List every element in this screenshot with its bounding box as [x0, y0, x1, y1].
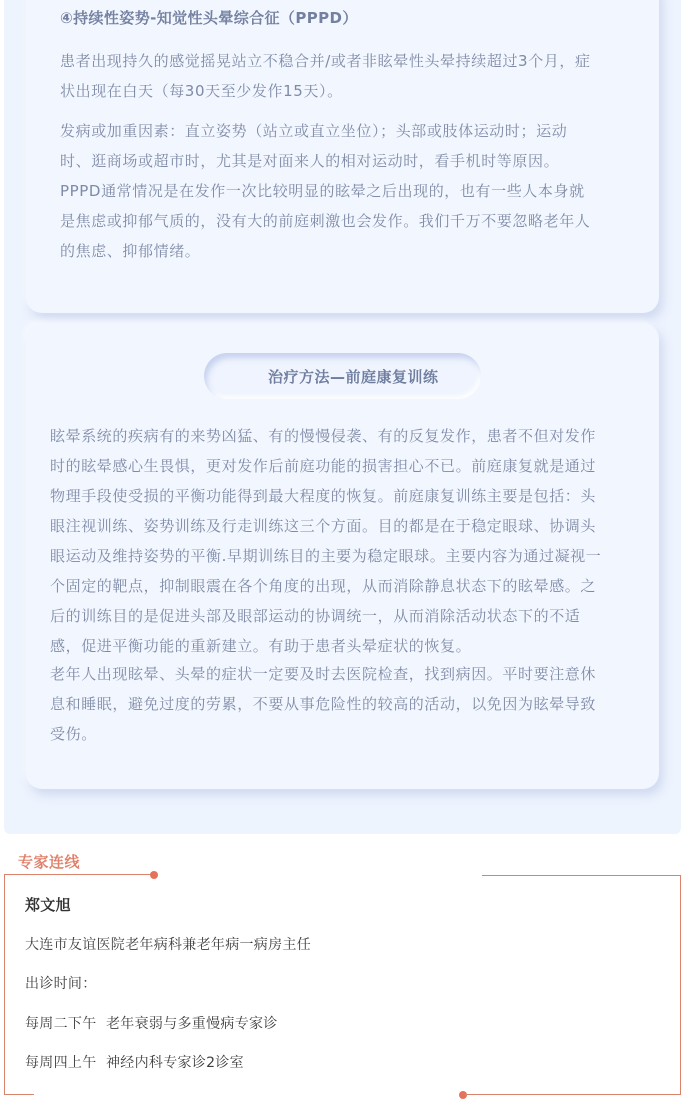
- text-line: 眼注视训练、姿势训练及行走训练这三个方面。目的都是在于稳定眼球、协调头: [50, 511, 601, 541]
- schedule-label: 出诊时间：: [25, 973, 97, 993]
- treatment-title-pill: 治疗方法—前庭康复训练: [204, 353, 481, 399]
- text-line: 老年人出现眩晕、头晕的症状一定要及时去医院检查，找到病因。平时要注意休: [50, 659, 596, 689]
- text-line: 发病或加重因素：直立姿势（站立或直立坐位）；头部或肢体运动时；运动: [60, 116, 590, 146]
- article-panel: ④持续性姿势-知觉性头晕综合征（PPPD） 患者出现持久的感觉摇晃站立不稳合并/…: [4, 0, 681, 834]
- frame-left-line: [4, 874, 5, 1095]
- frame-right-line: [680, 875, 681, 1095]
- text-line: 息和睡眠，避免过度的劳累，不要从事危险性的较高的活动，以免因为眩晕导致: [50, 689, 596, 719]
- pppd-paragraph-1: 患者出现持久的感觉摇晃站立不稳合并/或者非眩晕性头晕持续超过3个月，症 状出现在…: [60, 46, 591, 106]
- pppd-paragraph-2: 发病或加重因素：直立姿势（站立或直立坐位）；头部或肢体运动时；运动 时、逛商场或…: [60, 116, 590, 266]
- frame-top-right-line: [482, 875, 681, 876]
- expert-section-title: 专家连线: [18, 851, 80, 872]
- text-line: 个固定的靶点，抑制眼震在各个角度的出现，从而消除静息状态下的眩晕感。之: [50, 571, 601, 601]
- pppd-heading: ④持续性姿势-知觉性头晕综合征（PPPD）: [60, 7, 358, 28]
- frame-bottom-right-line: [465, 1094, 681, 1095]
- frame-bottom-left-line: [4, 1094, 34, 1095]
- frame-top-left-line: [4, 874, 154, 875]
- schedule-item: 每周二下午 老年衰弱与多重慢病专家诊: [25, 1013, 278, 1033]
- text-line: 眼运动及维持姿势的平衡.早期训练目的主要为稳定眼球。主要内容为通过凝视一: [50, 541, 601, 571]
- text-line: PPPD通常情况是在发作一次比较明显的眩晕之后出现的，也有一些人本身就: [60, 176, 590, 206]
- text-line: 是焦虑或抑郁气质的，没有大的前庭刺激也会发作。我们千万不要忽略老年人: [60, 206, 590, 236]
- text-line: 状出现在白天（每30天至少发作15天）。: [60, 76, 591, 106]
- pppd-card: ④持续性姿势-知觉性头晕综合征（PPPD） 患者出现持久的感觉摇晃站立不稳合并/…: [26, 0, 659, 313]
- treatment-card: 治疗方法—前庭康复训练 眩晕系统的疾病有的来势凶猛、有的慢慢侵袭、有的反复发作，…: [26, 323, 659, 789]
- text-line: 眩晕系统的疾病有的来势凶猛、有的慢慢侵袭、有的反复发作，患者不但对发作: [50, 421, 601, 451]
- frame-dot-top: [150, 871, 158, 879]
- text-line: 时的眩晕感心生畏惧，更对发作后前庭功能的损害担心不已。前庭康复就是通过: [50, 451, 601, 481]
- treatment-paragraph-1: 眩晕系统的疾病有的来势凶猛、有的慢慢侵袭、有的反复发作，患者不但对发作 时的眩晕…: [50, 421, 601, 661]
- text-line: 物理手段使受损的平衡功能得到最大程度的恢复。前庭康复训练主要是包括：头: [50, 481, 601, 511]
- text-line: 时、逛商场或超市时，尤其是对面来人的相对运动时，看手机时等原因。: [60, 146, 590, 176]
- text-line: 的焦虑、抑郁情绪。: [60, 236, 590, 266]
- expert-name: 郑文旭: [25, 894, 71, 915]
- treatment-paragraph-2: 老年人出现眩晕、头晕的症状一定要及时去医院检查，找到病因。平时要注意休 息和睡眠…: [50, 659, 596, 749]
- text-line: 后的训练目的是促进头部及眼部运动的协调统一，从而消除活动状态下的不适: [50, 601, 601, 631]
- schedule-item: 每周四上午 神经内科专家诊2诊室: [25, 1052, 244, 1072]
- treatment-title: 治疗方法—前庭康复训练: [268, 366, 439, 387]
- expert-position: 大连市友谊医院老年病科兼老年病一病房主任: [25, 934, 311, 954]
- text-line: 受伤。: [50, 719, 596, 749]
- text-line: 感，促进平衡功能的重新建立。有助于患者头晕症状的恢复。: [50, 631, 601, 661]
- frame-dot-bottom: [459, 1091, 467, 1099]
- text-line: 患者出现持久的感觉摇晃站立不稳合并/或者非眩晕性头晕持续超过3个月，症: [60, 46, 591, 76]
